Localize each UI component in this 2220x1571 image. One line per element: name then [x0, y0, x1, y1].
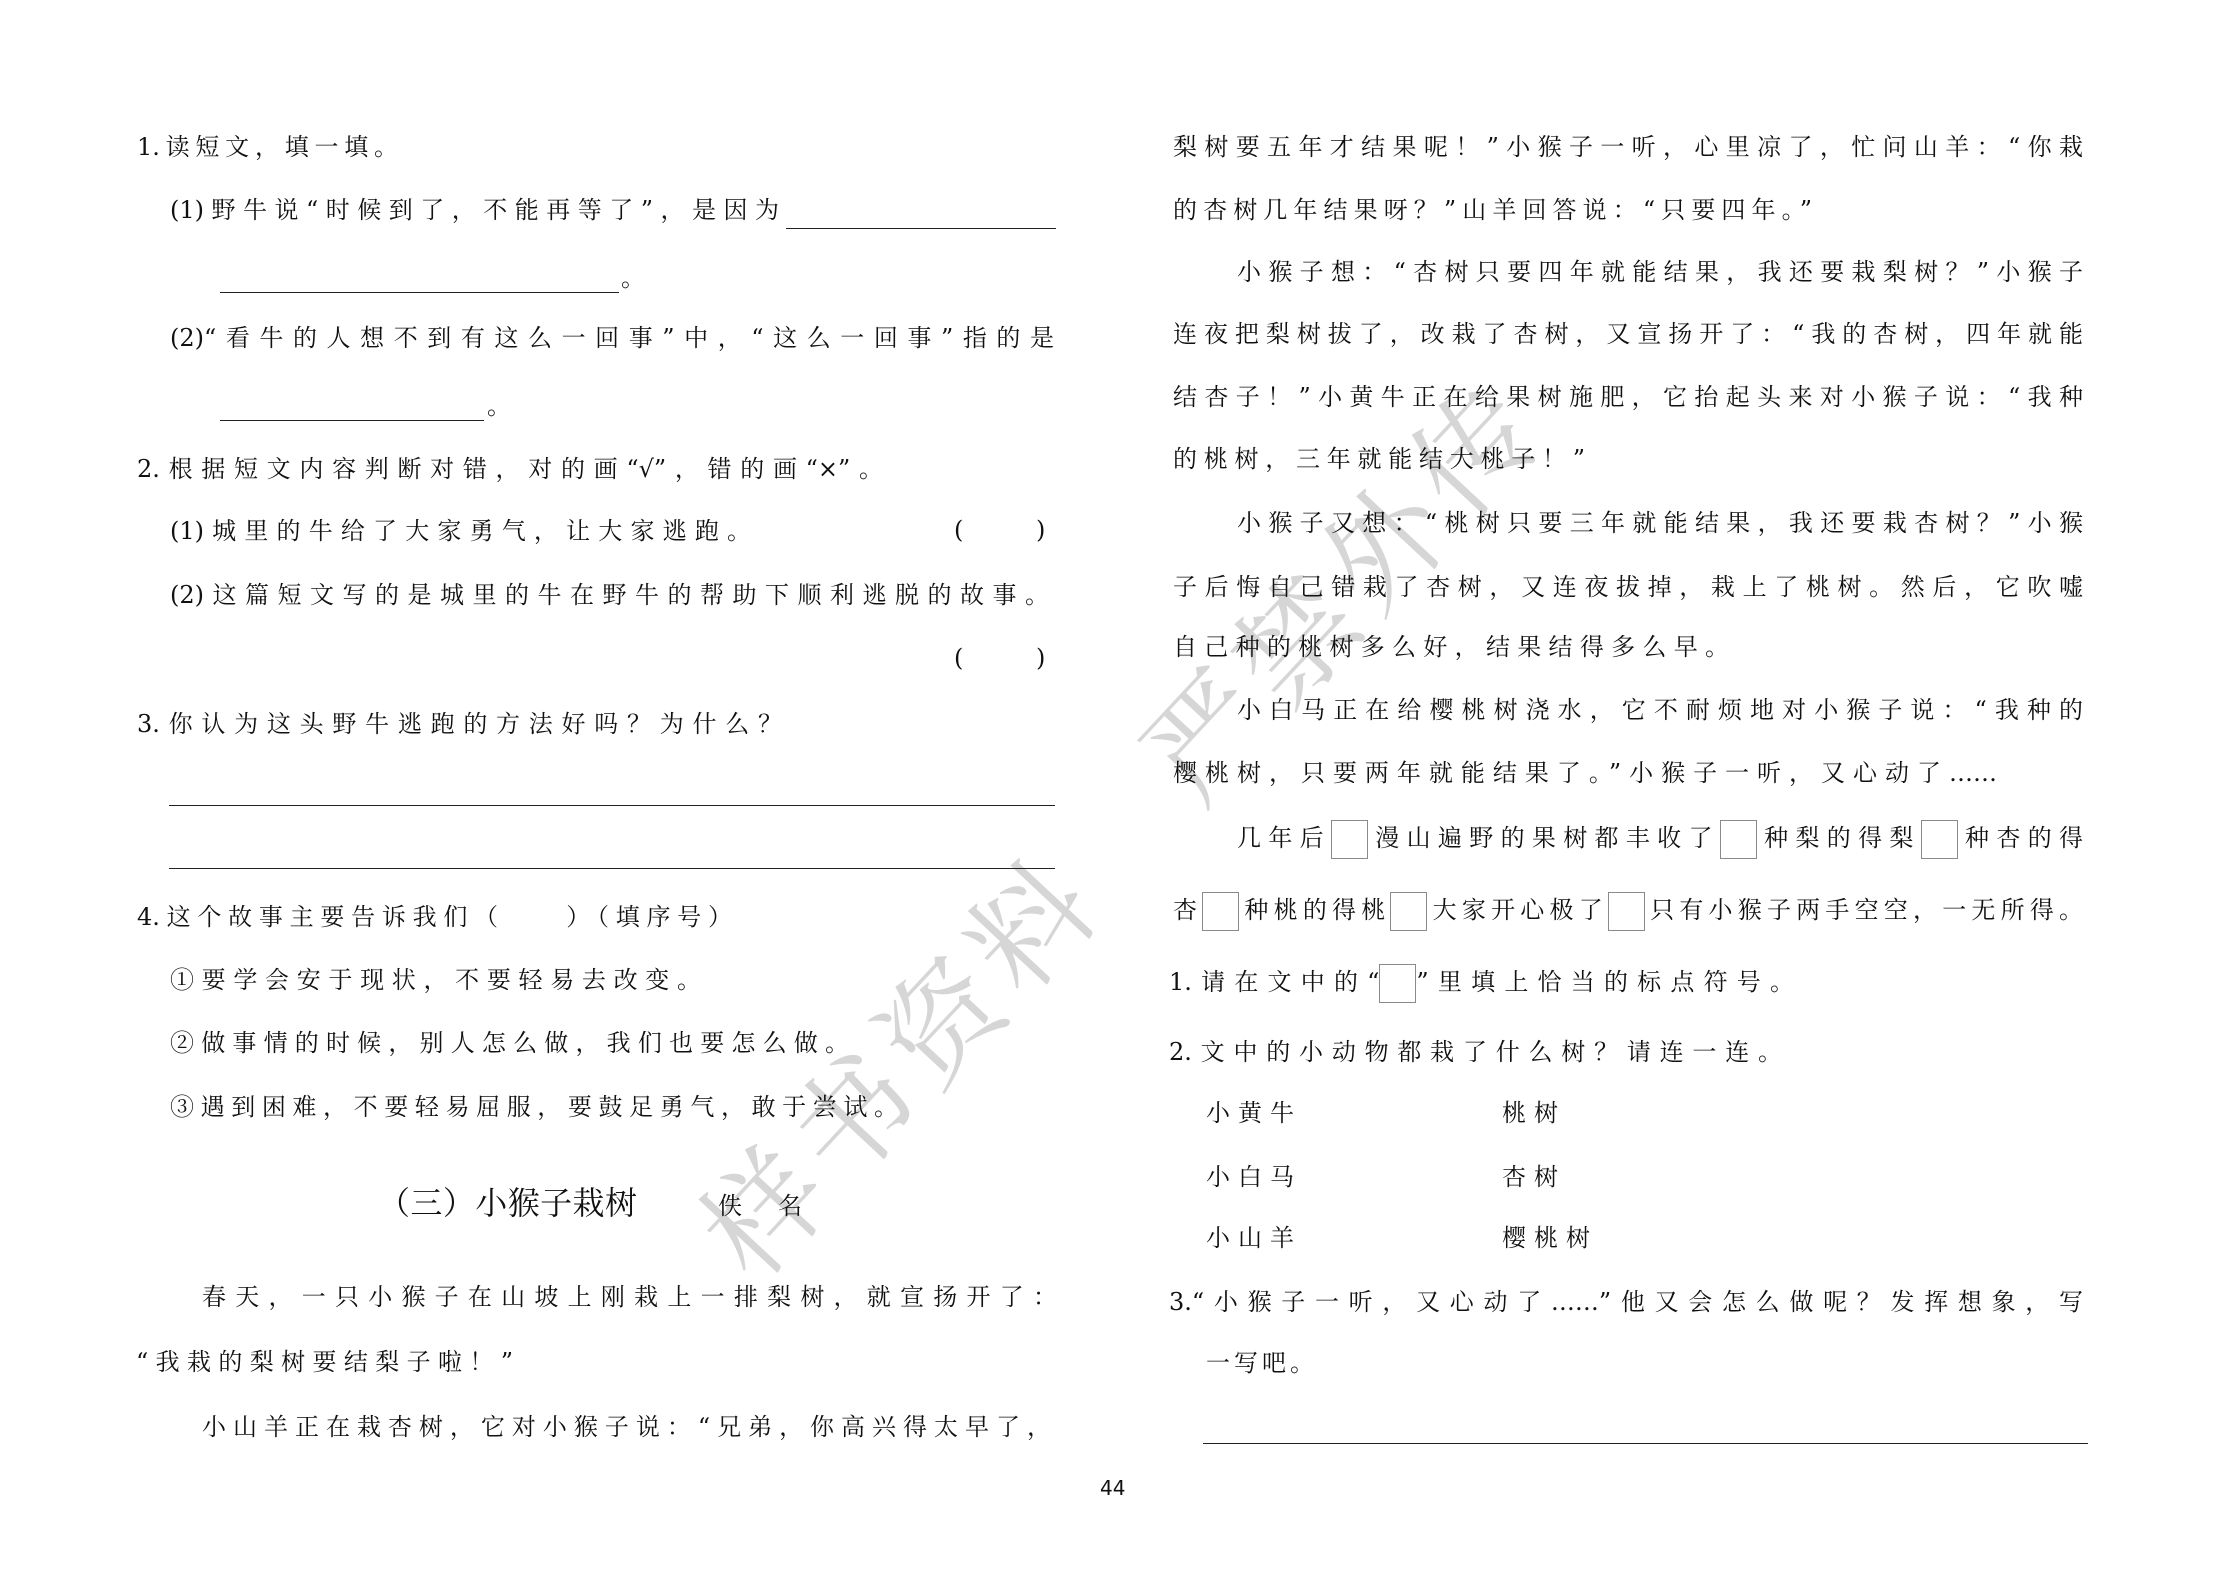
question-4-option-1: ①要学会安于现状，不要轻易去改变。 — [170, 960, 701, 1000]
question-2-item-1: (1)城里的牛给了大家勇气，让大家逃跑。 — [170, 511, 751, 551]
story-line: 樱桃树，只要两年就能结果了。”小猴子一听，又心动了…… — [1173, 753, 1997, 793]
match-tree: 桃树 — [1502, 1093, 1566, 1133]
text-segment: 几年后 — [1237, 824, 1331, 852]
question-4-option-2: ②做事情的时候，别人怎么做，我们也要怎么做。 — [170, 1023, 849, 1063]
match-animal: 小黄牛 — [1206, 1093, 1302, 1133]
text-segment: ”里填上恰当的标点符号。 — [1416, 968, 1794, 996]
sentence-period: 。 — [487, 386, 511, 426]
punctuation-box — [1202, 892, 1239, 931]
right-question-2-title: 2.文中的小动物都栽了什么树？请连一连。 — [1169, 1032, 1782, 1072]
punctuation-box-example — [1379, 964, 1416, 1003]
worksheet-page: 样书资料 严禁外传 1.读短文，填一填。 (1)野牛说“时候到了，不能再等了”，… — [0, 0, 2220, 1571]
story-line: “我栽的梨树要结梨子啦！” — [136, 1342, 513, 1382]
story-line: 结杏子！”小黄牛正在给果树施肥，它抬起头来对小猴子说：“我种 — [1173, 377, 2083, 417]
question-2-item-2: (2)这篇短文写的是城里的牛在野牛的帮助下顺利逃脱的故事。 — [170, 575, 1049, 615]
text-segment: 1.请在文中的“ — [1169, 968, 1379, 996]
answer-paren-open: ( — [954, 638, 963, 678]
story-title: （三）小猴子栽树 — [378, 1183, 637, 1223]
right-question-3-line-2: 一写吧。 — [1206, 1343, 1314, 1383]
punctuation-fill-line-2: 杏种桃的得桃大家开心极了只有小猴子两手空空，一无所得。 — [1173, 890, 2083, 930]
match-tree: 杏树 — [1502, 1157, 1566, 1197]
story-line: 小猴子想：“杏树只要四年就能结果，我还要栽梨树？”小猴子 — [1237, 252, 2083, 292]
question-4-option-3: ③遇到困难，不要轻易屈服，要鼓足勇气，敢于尝试。 — [170, 1087, 898, 1127]
story-line: 自己种的桃树多么好，结果结得多么早。 — [1173, 627, 1729, 667]
story-author: 佚名 — [718, 1186, 838, 1226]
answer-paren-close: ) — [1036, 510, 1045, 550]
text-segment: 漫山遍野的果树都丰收了 — [1368, 824, 1720, 852]
question-1-sub-2: (2)“看牛的人想不到有这么一回事”中，“这么一回事”指的是 — [170, 318, 1054, 358]
sentence-period: 。 — [621, 258, 645, 298]
punctuation-box — [1331, 820, 1368, 859]
story-line: 子后悔自己错栽了杏树，又连夜拔掉，栽上了桃树。然后，它吹嘘 — [1173, 567, 2083, 607]
question-4-title: 4.这个故事主要告诉我们（ ）（填序号） — [137, 897, 732, 937]
text-segment: 只有小猴子两手空空，一无所得。 — [1645, 896, 2083, 924]
answer-line — [1203, 1443, 2088, 1444]
match-animal: 小白马 — [1206, 1157, 1302, 1197]
answer-line-2 — [169, 868, 1055, 869]
story-line: 的杏树几年结果呀？”山羊回答说：“只要四年。” — [1173, 190, 1812, 230]
match-animal: 小山羊 — [1206, 1218, 1302, 1258]
punctuation-box — [1921, 820, 1958, 859]
story-line: 的桃树，三年就能结大桃子！” — [1173, 439, 1585, 479]
question-2-title: 2.根据短文内容判断对错，对的画“√”，错的画“×”。 — [137, 449, 883, 489]
answer-paren-open: ( — [954, 510, 963, 550]
match-tree: 樱桃树 — [1502, 1218, 1598, 1258]
answer-paren-close: ) — [1036, 638, 1045, 678]
punctuation-box — [1720, 820, 1757, 859]
story-line: 春天，一只小猴子在山坡上刚栽上一排梨树，就宣扬开了： — [202, 1277, 1057, 1317]
answer-blank-1a — [786, 228, 1056, 229]
right-question-1: 1.请在文中的“”里填上恰当的标点符号。 — [1169, 962, 1794, 1002]
text-segment: 种杏的得 — [1958, 824, 2083, 852]
text-segment: 杏 — [1173, 896, 1202, 924]
text-segment: 大家开心极了 — [1427, 896, 1607, 924]
answer-blank-1b — [220, 292, 619, 293]
punctuation-box — [1390, 892, 1427, 931]
punctuation-fill-line-1: 几年后漫山遍野的果树都丰收了种梨的得梨种杏的得 — [1237, 818, 2083, 858]
punctuation-box — [1608, 892, 1645, 931]
answer-line-1 — [169, 805, 1055, 806]
story-line: 小猴子又想：“桃树只要三年就能结果，我还要栽杏树？”小猴 — [1237, 503, 2083, 543]
text-segment: 种梨的得梨 — [1757, 824, 1921, 852]
text-segment: 种桃的得桃 — [1239, 896, 1390, 924]
story-line: 连夜把梨树拔了，改栽了杏树，又宣扬开了：“我的杏树，四年就能 — [1173, 314, 2083, 354]
answer-blank-2 — [220, 420, 484, 421]
question-1-sub-1: (1)野牛说“时候到了，不能再等了”，是因为 — [170, 190, 779, 230]
right-question-3-line-1: 3.“小猴子一听，又心动了……”他又会怎么做呢？发挥想象，写 — [1169, 1282, 2083, 1322]
question-1-title: 1.读短文，填一填。 — [137, 127, 398, 167]
story-line: 小白马正在给樱桃树浇水，它不耐烦地对小猴子说：“我种的 — [1237, 690, 2083, 730]
question-3-title: 3.你认为这头野牛逃跑的方法好吗？为什么？ — [137, 704, 782, 744]
page-number: 44 — [1100, 1476, 1125, 1500]
story-line: 梨树要五年才结果呢！”小猴子一听，心里凉了，忙问山羊：“你栽 — [1173, 127, 2083, 167]
story-line: 小山羊正在栽杏树，它对小猴子说：“兄弟，你高兴得太早了， — [202, 1407, 1051, 1447]
